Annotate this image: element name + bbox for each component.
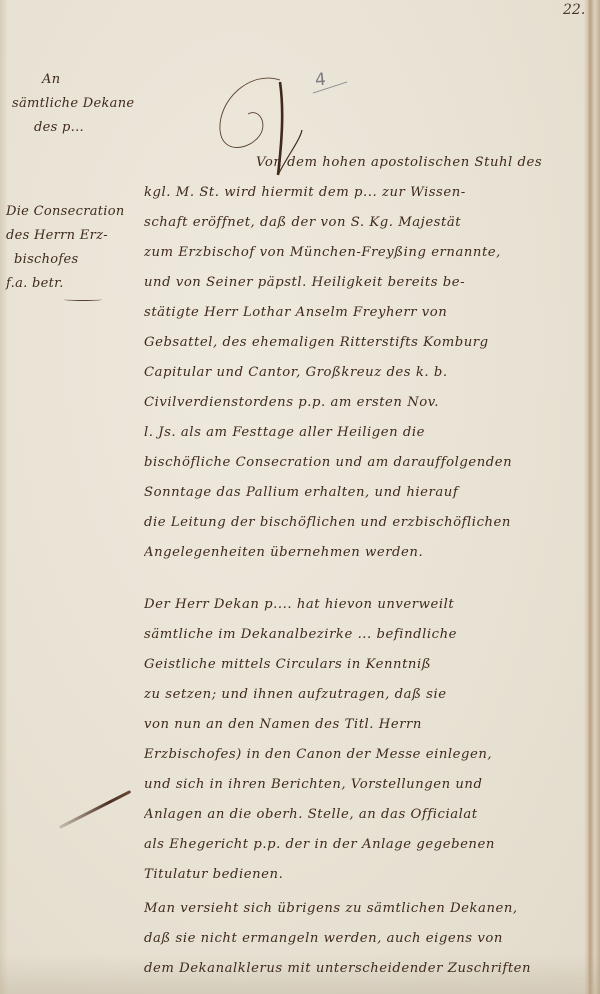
text-line: die Leitung der bischöflichen und erzbis…	[144, 508, 574, 538]
text-line: Man versieht sich übrigens zu sämtlichen…	[144, 894, 574, 924]
paragraph-gap	[144, 568, 574, 590]
text-line: von nun an den Namen des Titl. Herrn	[144, 710, 574, 740]
margin-line: f.a. betr.	[6, 272, 131, 296]
text-line: Gebsattel, des ehemaligen Ritterstifts K…	[144, 328, 574, 358]
margin-note-address: An sämtliche Dekane des p...	[12, 68, 137, 140]
margin-line: sämtliche Dekane	[12, 92, 137, 116]
text-line: als Ehegericht p.p. der in der Anlage ge…	[144, 830, 574, 860]
text-line: Der Herr Dekan p.... hat hievon unverwei…	[144, 590, 574, 620]
text-line: Capitular und Cantor, Großkreuz des k. b…	[144, 358, 574, 388]
letter-body: Von dem hohen apostolischen Stuhl des kg…	[144, 148, 574, 984]
text-line: l. Js. als am Festtage aller Heiligen di…	[144, 418, 574, 448]
text-line: Titulatur bedienen.	[144, 860, 574, 890]
text-line: und von Seiner päpstl. Heiligkeit bereit…	[144, 268, 574, 298]
text-line: Geistliche mittels Circulars in Kenntniß	[144, 650, 574, 680]
page-number: 22.	[563, 2, 585, 18]
text-line: und sich in ihren Berichten, Vorstellung…	[144, 770, 574, 800]
margin-line: Die Consecration	[6, 200, 131, 224]
margin-line: An	[12, 68, 137, 92]
text-line: Civilverdienstordens p.p. am ersten Nov.	[144, 388, 574, 418]
binding-shadow	[0, 0, 8, 994]
text-line: kgl. M. St. wird hiermit dem p... zur Wi…	[144, 178, 574, 208]
page-edge	[584, 0, 600, 994]
text-line: Angelegenheiten übernehmen werden.	[144, 538, 574, 568]
pencil-mark: 4	[314, 70, 327, 91]
margin-flourish	[64, 298, 102, 301]
text-line: daß sie nicht ermangeln werden, auch eig…	[144, 924, 574, 954]
text-line: Anlagen an die oberh. Stelle, an das Off…	[144, 800, 574, 830]
text-line: Sonntage das Pallium erhalten, und hiera…	[144, 478, 574, 508]
margin-line: des Herrn Erz-	[6, 224, 131, 248]
quill-stroke-mark	[59, 790, 132, 829]
manuscript-page: 22. 4 An sämtliche Dekane des p... Die C…	[0, 0, 600, 994]
text-line: zu setzen; und ihnen aufzutragen, daß si…	[144, 680, 574, 710]
margin-line: des p...	[12, 116, 137, 140]
margin-note-subject: Die Consecration des Herrn Erz- bischofe…	[6, 200, 131, 301]
text-line: Von dem hohen apostolischen Stuhl des	[144, 148, 574, 178]
text-line: bischöfliche Consecration und am darauff…	[144, 448, 574, 478]
text-line: Erzbischofes) in den Canon der Messe ein…	[144, 740, 574, 770]
text-line: zum Erzbischof von München-Freyßing erna…	[144, 238, 574, 268]
text-line: stätigte Herr Lothar Anselm Freyherr von	[144, 298, 574, 328]
text-line: schaft eröffnet, daß der von S. Kg. Maje…	[144, 208, 574, 238]
margin-line: bischofes	[6, 248, 131, 272]
text-line: dem Dekanalklerus mit unterscheidender Z…	[144, 954, 574, 984]
text-line: sämtliche im Dekanalbezirke ... befindli…	[144, 620, 574, 650]
